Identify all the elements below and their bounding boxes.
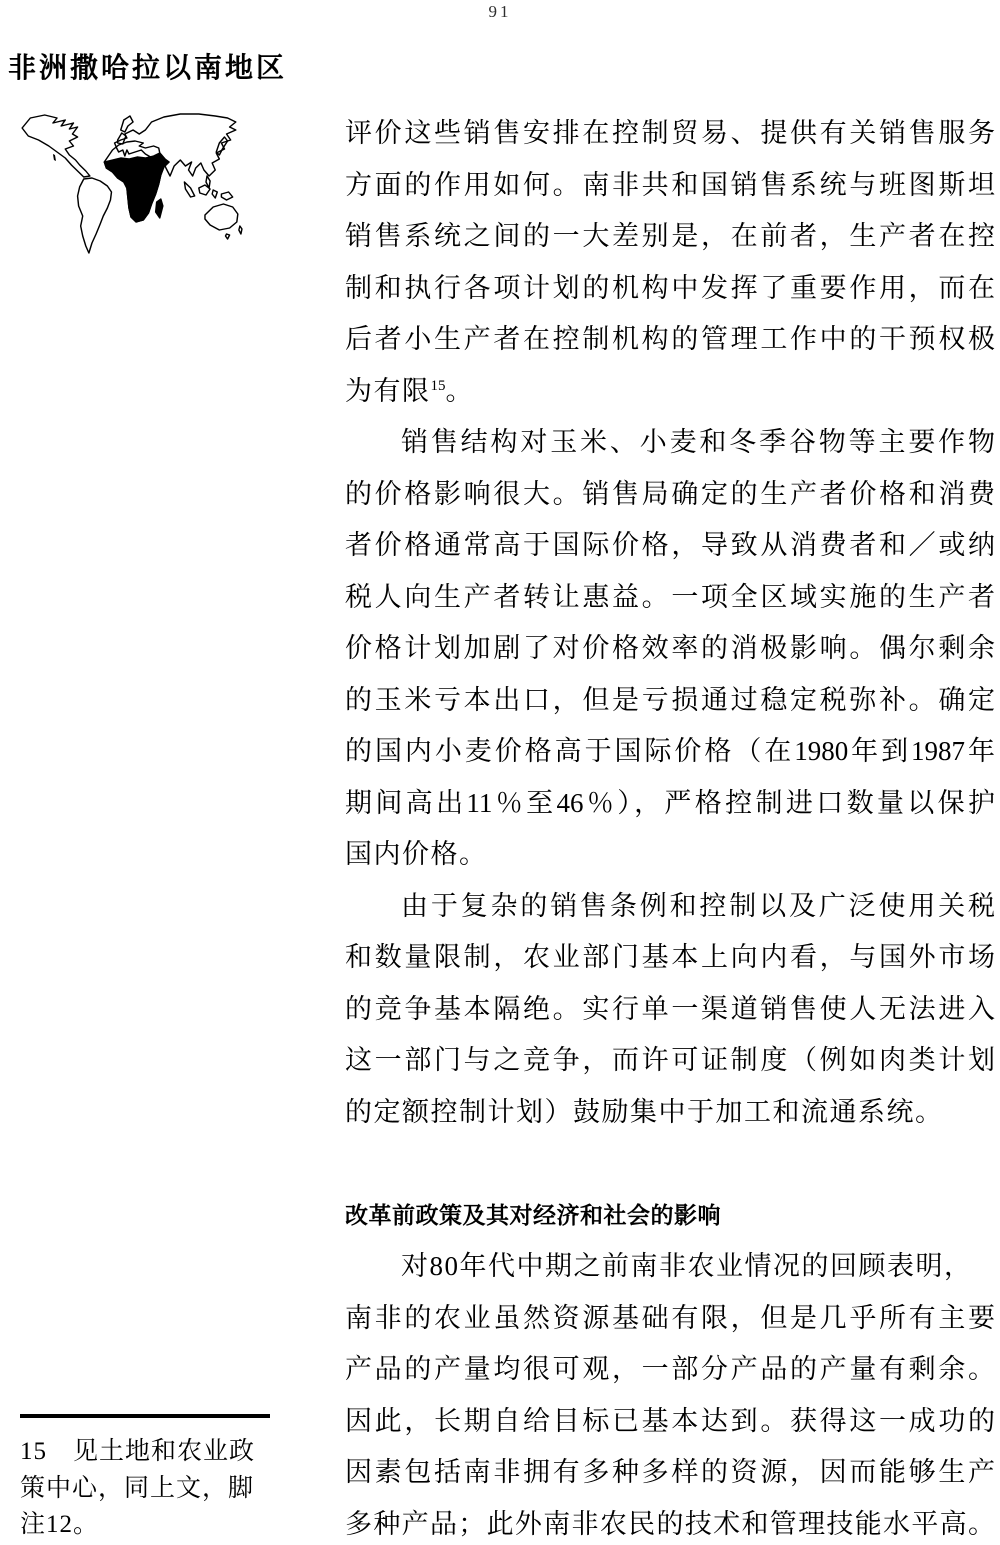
paragraph-line: 南非的农业虽然资源基础有限，但是几乎所有主要 xyxy=(345,1293,995,1345)
paragraph-line: 和数量限制，农业部门基本上向内看，与国外市场 xyxy=(345,932,995,984)
footnote-line: 15 见土地和农业政 xyxy=(20,1434,310,1471)
paragraph-line: 销售结构对玉米、小麦和冬季谷物等主要作物 xyxy=(345,417,995,469)
paragraph-line: 由于复杂的销售条例和控制以及广泛使用关税 xyxy=(345,881,995,933)
paragraph-line: 为有限15。 xyxy=(345,366,995,418)
footnote-line: 注12。 xyxy=(20,1507,310,1544)
paragraph-line: 对80年代中期之前南非农业情况的回顾表明， xyxy=(345,1241,995,1293)
blank-line xyxy=(345,1138,995,1190)
paragraph-line: 的竞争基本隔绝。实行单一渠道销售使人无法进入 xyxy=(345,984,995,1036)
paragraph-line: 这一部门与之竞争，而许可证制度（例如肉类计划 xyxy=(345,1035,995,1087)
paragraph-line: 期间高出11％至46％），严格控制进口数量以保护 xyxy=(345,778,995,830)
paragraph-line: 者价格通常高于国际价格，导致从消费者和／或纳 xyxy=(345,520,995,572)
footnote: 15 见土地和农业政 策中心，同上文，脚 注12。 xyxy=(20,1414,310,1544)
paragraph-line: 价格计划加剧了对价格效率的消极影响。偶尔剩余 xyxy=(345,623,995,675)
paragraph-line: 评价这些销售安排在控制贸易、提供有关销售服务 xyxy=(345,108,995,160)
paragraph-line: 的定额控制计划）鼓励集中于加工和流通系统。 xyxy=(345,1087,995,1139)
region-header-title: 非洲撒哈拉以南地区 xyxy=(8,46,287,86)
paragraph-line: 的国内小麦价格高于国际价格（在1980年到1987年 xyxy=(345,726,995,778)
footnote-divider-rule xyxy=(20,1414,270,1418)
paragraph-line: 多种产品；此外南非农民的技术和管理技能水平高。 xyxy=(345,1499,995,1545)
page-number: 91 xyxy=(0,2,1000,22)
paragraph-line: 销售系统之间的一大差别是，在前者，生产者在控 xyxy=(345,211,995,263)
paragraph-line: 因素包括南非拥有多种多样的资源，因而能够生产 xyxy=(345,1447,995,1499)
world-map-graphic xyxy=(18,110,244,258)
section-heading: 改革前政策及其对经济和社会的影响 xyxy=(345,1190,995,1242)
footnote-line: 策中心，同上文，脚 xyxy=(20,1471,310,1508)
paragraph-line: 产品的产量均很可观，一部分产品的产量有剩余。 xyxy=(345,1344,995,1396)
paragraph-end-period: 。 xyxy=(446,376,475,406)
article-column: 评价这些销售安排在控制贸易、提供有关销售服务 方面的作用如何。南非共和国销售系统… xyxy=(345,108,995,1545)
footnote-reference-marker: 15 xyxy=(431,378,446,394)
paragraph-line: 制和执行各项计划的机构中发挥了重要作用，而在 xyxy=(345,263,995,315)
paragraph-line: 税人向生产者转让惠益。一项全区域实施的生产者 xyxy=(345,572,995,624)
paragraph-line: 后者小生产者在控制机构的管理工作中的干预权极 xyxy=(345,314,995,366)
paragraph-line: 的价格影响很大。销售局确定的生产者价格和消费 xyxy=(345,469,995,521)
paragraph-line: 的玉米亏本出口，但是亏损通过稳定税弥补。确定 xyxy=(345,675,995,727)
paragraph-line: 方面的作用如何。南非共和国销售系统与班图斯坦 xyxy=(345,160,995,212)
world-map-sub-saharan-africa-highlighted-icon xyxy=(18,110,244,258)
paragraph-line: 因此，长期自给目标已基本达到。获得这一成功的 xyxy=(345,1396,995,1448)
paragraph-end-text: 为有限 xyxy=(345,376,431,406)
paragraph-line: 国内价格。 xyxy=(345,829,995,881)
